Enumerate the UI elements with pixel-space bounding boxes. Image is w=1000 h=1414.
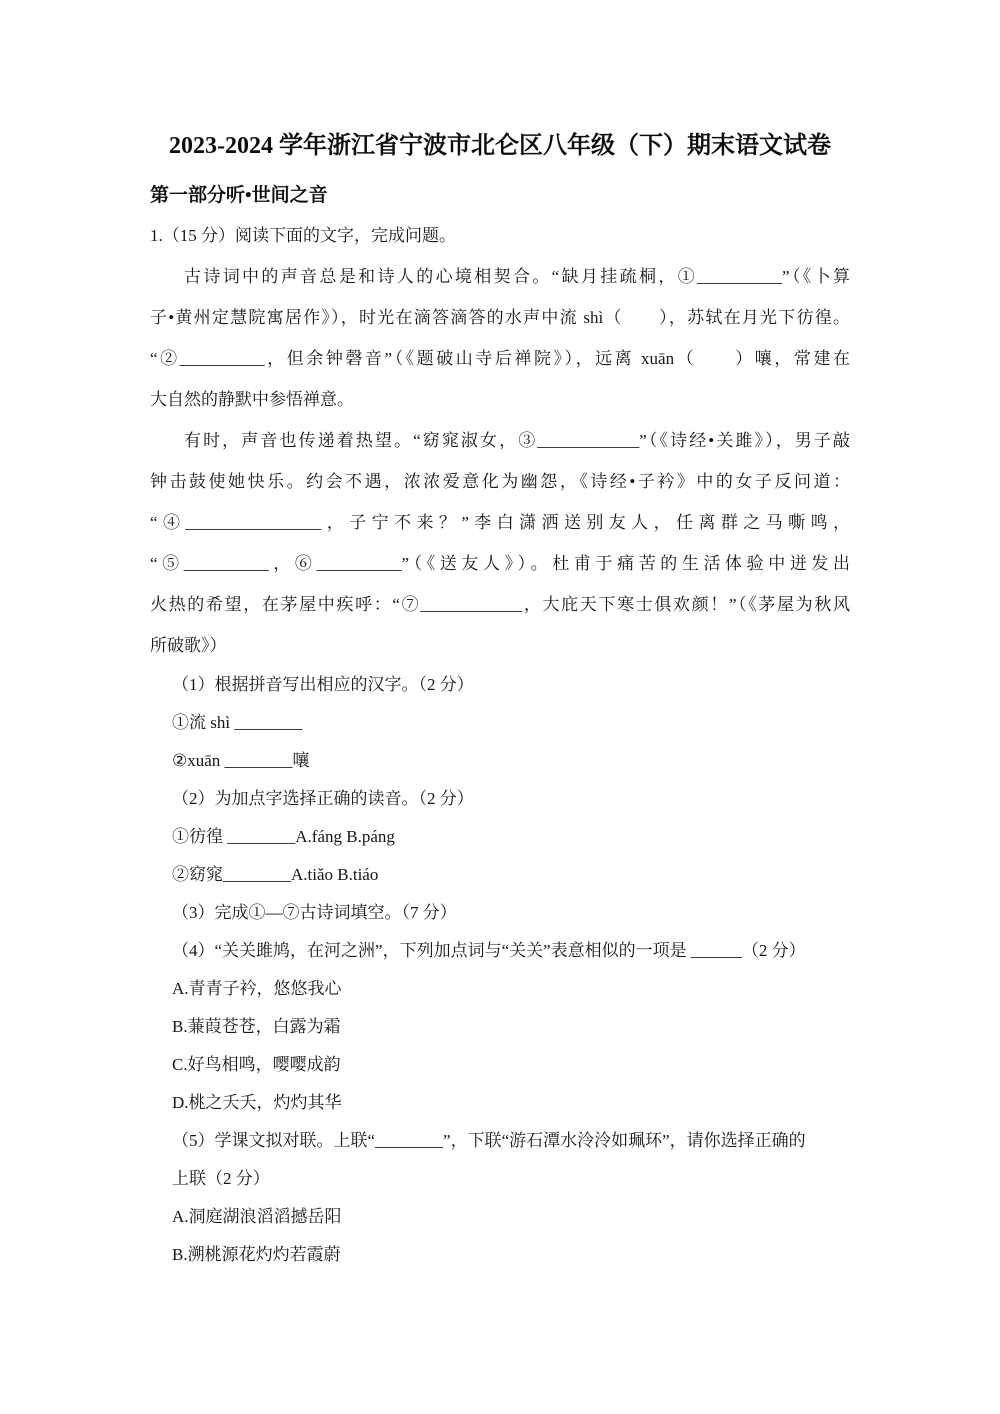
pinyin-blank-2: ②xuān ________嚷 bbox=[150, 742, 850, 780]
passage-line-1: 古诗词中的声音总是和诗人的心境相契合。“缺月挂疏桐，①__________”（《… bbox=[150, 256, 850, 297]
q5-option-b: B.溯桃源花灼灼若霞蔚 bbox=[150, 1236, 850, 1274]
sub-question-3: （3）完成①—⑦古诗词填空。（7 分） bbox=[150, 894, 850, 932]
q4-option-d: D.桃之夭夭，灼灼其华 bbox=[150, 1084, 850, 1122]
pronunciation-item-1: ①彷徨 ________A.fáng B.páng bbox=[150, 818, 850, 856]
section-heading: 第一部分听•世间之音 bbox=[150, 182, 850, 210]
passage-line-8: “⑤__________，⑥__________”（《送友人》）。杜甫于痛苦的生… bbox=[150, 543, 850, 584]
reading-passage: 古诗词中的声音总是和诗人的心境相契合。“缺月挂疏桐，①__________”（《… bbox=[150, 256, 850, 666]
q4-option-a: A.青青子衿，悠悠我心 bbox=[150, 970, 850, 1008]
page-title: 2023-2024 学年浙江省宁波市北仑区八年级（下）期末语文试卷 bbox=[150, 128, 850, 164]
pinyin-blank-1: ①流 shì ________ bbox=[150, 704, 850, 742]
sub-question-1: （1）根据拼音写出相应的汉字。（2 分） bbox=[150, 666, 850, 704]
passage-line-3: “②__________，但余钟磬音”（《题破山寺后禅院》），远离 xuān（ … bbox=[150, 338, 850, 379]
passage-line-2: 子•黄州定慧院寓居作》），时光在滴答滴答的水声中流 shì（ ），苏轼在月光下彷… bbox=[150, 297, 850, 338]
q4-option-b: B.蒹葭苍苍，白露为霜 bbox=[150, 1008, 850, 1046]
sub-questions: （1）根据拼音写出相应的汉字。（2 分） ①流 shì ________ ②xu… bbox=[150, 666, 850, 1274]
sub-question-5-cont: 上联（2 分） bbox=[150, 1160, 850, 1198]
sub-question-5: （5）学课文拟对联。上联“________”，下联“游石潭水泠泠如珮环”，请你选… bbox=[150, 1122, 850, 1160]
passage-line-6: 钟击鼓使她快乐。约会不遇，浓浓爱意化为幽怨，《诗经•子衿》中的女子反问道： bbox=[150, 461, 850, 502]
sub-question-4: （4）“关关雎鸠，在河之洲”，下列加点词与“关关”表意相似的一项是 ______… bbox=[150, 932, 850, 970]
passage-line-7: “④________________，子宁不来？”李白潇洒送别友人，任离群之马嘶… bbox=[150, 502, 850, 543]
pronunciation-item-2: ②窈窕________A.tiǎo B.tiáo bbox=[150, 856, 850, 894]
q4-option-c: C.好鸟相鸣，嘤嘤成韵 bbox=[150, 1046, 850, 1084]
q5-option-a: A.洞庭湖浪滔滔撼岳阳 bbox=[150, 1198, 850, 1236]
passage-line-5: 有时，声音也传递着热望。“窈窕淑女，③____________”（《诗经•关雎》… bbox=[150, 420, 850, 461]
passage-line-4: 大自然的静默中参悟禅意。 bbox=[150, 379, 850, 420]
exam-paper-page: 2023-2024 学年浙江省宁波市北仑区八年级（下）期末语文试卷 第一部分听•… bbox=[0, 0, 1000, 1414]
passage-line-9: 火热的希望，在茅屋中疾呼：“⑦____________，大庇天下寒士俱欢颜！”（… bbox=[150, 584, 850, 625]
sub-question-2: （2）为加点字选择正确的读音。（2 分） bbox=[150, 780, 850, 818]
passage-line-10: 所破歌》） bbox=[150, 625, 850, 666]
question-1-lead: 1.（15 分）阅读下面的文字，完成问题。 bbox=[150, 220, 850, 252]
exam-paper-content: 2023-2024 学年浙江省宁波市北仑区八年级（下）期末语文试卷 第一部分听•… bbox=[150, 128, 850, 1274]
